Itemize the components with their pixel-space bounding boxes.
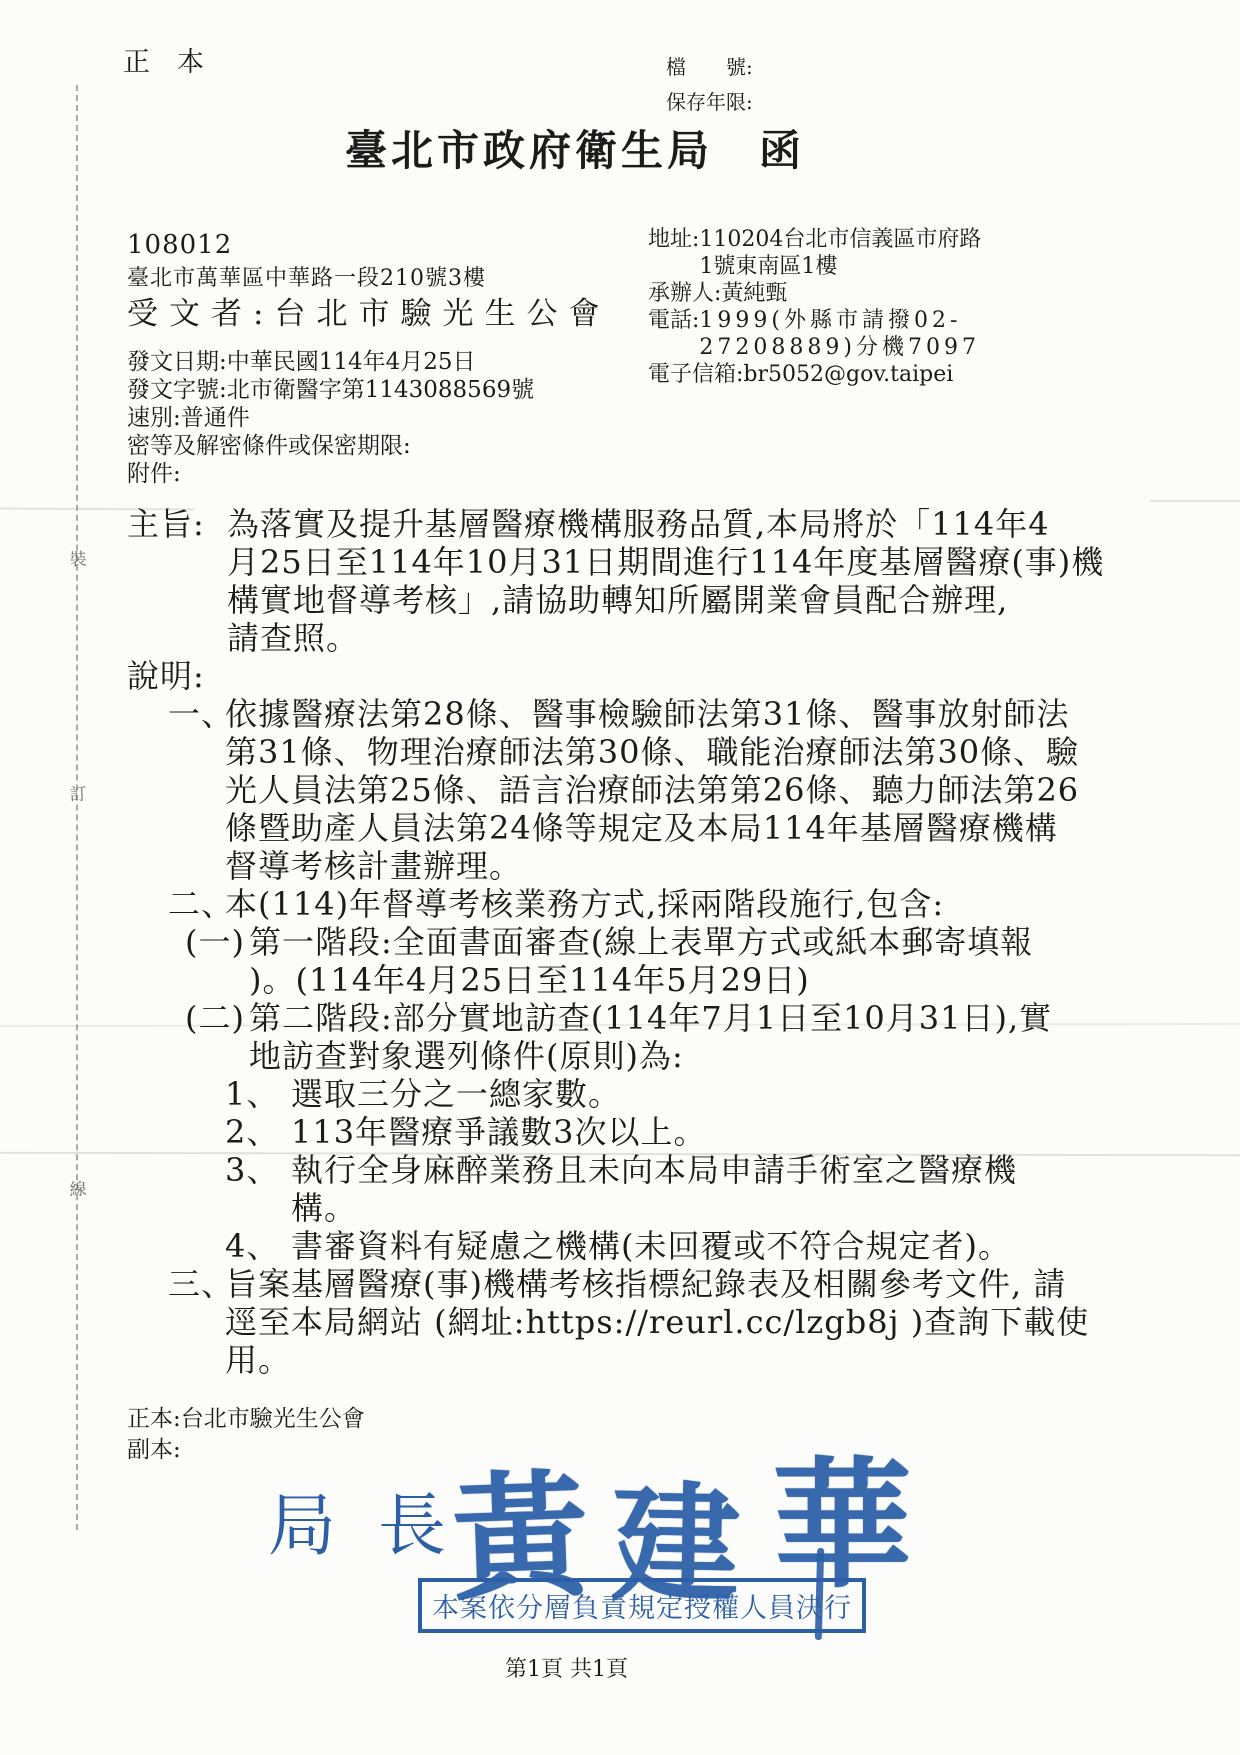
retention-period-label: 保存年限: — [666, 85, 753, 120]
explanation-item-1: 一、 依據醫療法第28條、醫事檢驗師法第31條、醫事放射師法 第31條、物理治療… — [127, 695, 1139, 885]
priority-line: 速別:普通件 — [127, 404, 534, 432]
letter-body: 主旨: 為落實及提升基層醫療機構服務品質,本局將於「114年4 月25日至114… — [127, 505, 1139, 1379]
item-text: 依據醫療法第28條、醫事檢驗師法第31條、醫事放射師法 第31條、物理治療師法第… — [225, 695, 1139, 885]
recipient-line: 受文者:台北市驗光生公會 — [127, 288, 610, 333]
item-text: 113年醫療爭議數3次以上。 — [291, 1113, 1139, 1151]
contact-officer-row: 承辦人: 黃純甄 — [648, 280, 1128, 307]
distribution-copy-line: 副本: — [127, 1431, 181, 1464]
item-marker: 3、 — [225, 1151, 291, 1227]
explanation-heading: 說明: — [127, 657, 1139, 695]
binding-mark-zhuang: 裝 — [63, 544, 92, 570]
item-marker: 1、 — [225, 1075, 291, 1113]
item-marker: (一) — [185, 923, 249, 999]
explanation-sub-1: (一) 第一階段:全面書面審查(線上表單方式或紙本郵寄填報 )。(114年4月2… — [127, 923, 1139, 999]
contact-officer-label: 承辦人: — [648, 280, 721, 307]
document-meta-block: 發文日期:中華民國114年4月25日 發文字號:北市衛醫字第1143088569… — [127, 348, 534, 488]
contact-address-label: 地址: — [648, 226, 699, 280]
explanation-item-3: 三、 旨案基層醫療(事)機構考核指標紀錄表及相關參考文件, 請 逕至本局網站 (… — [127, 1265, 1139, 1379]
scan-crease — [1150, 500, 1240, 502]
contact-address-row: 地址: 110204台北市信義區市府路 1號東南區1樓 — [648, 226, 1128, 280]
page-indicator: 第1頁 共1頁 — [505, 1652, 628, 1683]
binding-mark-xian: 線 — [63, 1174, 92, 1200]
explanation-item-2: 二、 本(114)年督導考核業務方式,採兩階段施行,包含: — [127, 885, 1139, 923]
file-number-block: 檔 號: 保存年限: — [666, 50, 753, 120]
item-marker: 4、 — [225, 1227, 291, 1265]
item-text: 選取三分之一總家數。 — [291, 1075, 1139, 1113]
sender-contact-block: 地址: 110204台北市信義區市府路 1號東南區1樓 承辦人: 黃純甄 電話:… — [648, 226, 1128, 388]
delegation-authorization-stamp: 本案依分層負責規定授權人員決行 — [418, 1578, 866, 1633]
item-text: 本(114)年督導考核業務方式,採兩階段施行,包含: — [225, 885, 1139, 923]
binding-mark-ding: 訂 — [63, 779, 92, 805]
contact-address-value: 110204台北市信義區市府路 1號東南區1樓 — [699, 226, 1128, 280]
item-marker: (二) — [185, 999, 249, 1075]
recipient-zip-code: 108012 — [127, 230, 232, 260]
explanation-num-1: 1、 選取三分之一總家數。 — [127, 1075, 1139, 1113]
item-marker: 二、 — [168, 885, 225, 923]
issue-date-line: 發文日期:中華民國114年4月25日 — [127, 348, 534, 376]
subject-text: 為落實及提升基層醫療機構服務品質,本局將於「114年4 月25日至114年10月… — [227, 505, 1139, 657]
contact-email-value: br5052@gov.taipei — [743, 361, 1128, 388]
contact-phone-value: 1999(外縣市請撥02- 27208889)分機7097 — [699, 307, 1128, 361]
explanation-num-4: 4、 書審資料有疑慮之機構(未回覆或不符合規定者)。 — [127, 1227, 1139, 1265]
explanation-num-2: 2、 113年醫療爭議數3次以上。 — [127, 1113, 1139, 1151]
doc-number-line: 發文字號:北市衛醫字第1143088569號 — [127, 376, 534, 404]
copy-type-label: 正 本 — [123, 40, 204, 79]
item-text: 第一階段:全面書面審查(線上表單方式或紙本郵寄填報 )。(114年4月25日至1… — [249, 923, 1139, 999]
contact-email-row: 電子信箱: br5052@gov.taipei — [648, 361, 1128, 388]
attachment-line: 附件: — [127, 460, 534, 488]
item-text: 執行全身麻醉業務且未向本局申請手術室之醫療機 構。 — [291, 1151, 1139, 1227]
official-letter-page: 裝 訂 線 正 本 檔 號: 保存年限: 臺北市政府衛生局 函 108012 臺… — [0, 0, 1240, 1755]
distribution-original-line: 正本:台北市驗光生公會 — [127, 1400, 365, 1433]
contact-phone-row: 電話: 1999(外縣市請撥02- 27208889)分機7097 — [648, 307, 1128, 361]
contact-email-label: 電子信箱: — [648, 361, 743, 388]
item-text: 第二階段:部分實地訪查(114年7月1日至10月31日),實 地訪查對象選列條件… — [249, 999, 1139, 1075]
explanation-sub-2: (二) 第二階段:部分實地訪查(114年7月1日至10月31日),實 地訪查對象… — [127, 999, 1139, 1075]
explanation-num-3: 3、 執行全身麻醉業務且未向本局申請手術室之醫療機 構。 — [127, 1151, 1139, 1227]
item-marker: 一、 — [168, 695, 225, 885]
item-text: 旨案基層醫療(事)機構考核指標紀錄表及相關參考文件, 請 逕至本局網站 (網址:… — [225, 1265, 1139, 1379]
contact-phone-label: 電話: — [648, 307, 699, 361]
subject-row: 主旨: 為落實及提升基層醫療機構服務品質,本局將於「114年4 月25日至114… — [127, 505, 1139, 657]
item-marker: 2、 — [225, 1113, 291, 1151]
file-number-label: 檔 號: — [666, 50, 753, 85]
item-text: 書審資料有疑慮之機構(未回覆或不符合規定者)。 — [291, 1227, 1139, 1265]
binding-dotted-line — [76, 85, 78, 1530]
security-line: 密等及解密條件或保密期限: — [127, 432, 534, 460]
subject-label: 主旨: — [127, 505, 227, 657]
document-title: 臺北市政府衛生局 函 — [0, 118, 1150, 178]
contact-officer-value: 黃純甄 — [721, 280, 1128, 307]
item-marker: 三、 — [168, 1265, 225, 1379]
